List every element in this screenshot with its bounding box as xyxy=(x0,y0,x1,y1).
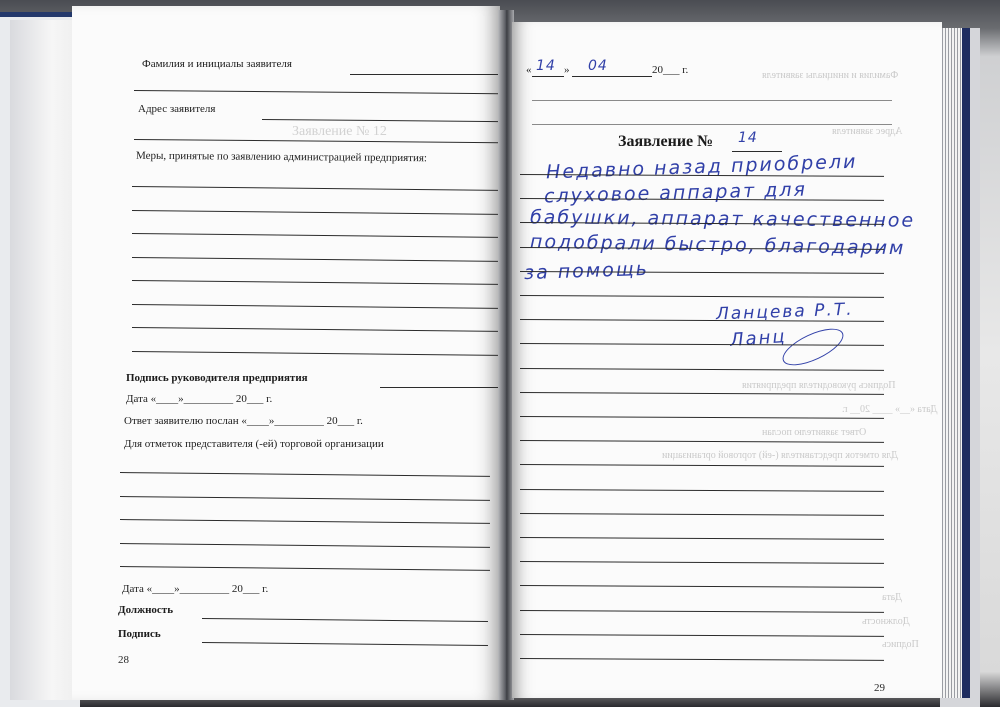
reply-sent-line[interactable]: Ответ заявителю послан «____»_________ 2… xyxy=(124,415,363,427)
measures-writing-line[interactable] xyxy=(132,257,498,262)
statement-number-line xyxy=(732,151,782,152)
cover-edge xyxy=(962,28,970,698)
date-month[interactable]: 04 xyxy=(588,58,608,74)
handwritten-line-1[interactable]: Недавно назад приобрели xyxy=(546,151,858,184)
trade-rep-notes-label: Для отметок представителя (-ей) торговой… xyxy=(124,438,384,450)
manager-signature-label: Подпись руководителя предприятия xyxy=(126,372,308,384)
statement-writing-line[interactable] xyxy=(520,440,884,443)
faint-rule xyxy=(532,124,892,125)
position-label: Должность xyxy=(118,604,173,616)
position-field[interactable] xyxy=(202,618,488,622)
statement-writing-line[interactable] xyxy=(520,368,884,371)
date-line-2[interactable]: Дата «____»_________ 20___ г. xyxy=(122,583,268,595)
statement-writing-line[interactable] xyxy=(520,610,884,613)
applicant-address-field[interactable] xyxy=(262,119,500,122)
date-open-quote: « xyxy=(526,64,532,76)
page-number-left: 28 xyxy=(118,654,129,666)
statement-title: Заявление № xyxy=(618,133,713,151)
ghost-line: Должность xyxy=(862,616,910,627)
statement-writing-line[interactable] xyxy=(520,392,884,395)
page-edges xyxy=(940,28,962,698)
measures-writing-line[interactable] xyxy=(132,186,498,191)
page-number-right: 29 xyxy=(874,682,885,694)
statement-writing-line[interactable] xyxy=(520,537,884,540)
ghost-line: Ответ заявителю послан xyxy=(762,427,866,438)
measures-writing-line[interactable] xyxy=(132,210,498,215)
statement-writing-line[interactable] xyxy=(520,513,884,516)
notes-writing-line[interactable] xyxy=(120,496,490,501)
measures-writing-line[interactable] xyxy=(132,280,498,285)
date-year: 20___ г. xyxy=(652,64,688,76)
signature-field[interactable] xyxy=(202,642,488,646)
statement-writing-line[interactable] xyxy=(520,634,884,637)
date-close-quote: » xyxy=(564,64,570,76)
signature[interactable]: Ланц xyxy=(729,326,787,351)
ghost-line: Для отметок представителя (-ей) торговой… xyxy=(662,450,898,461)
measures-writing-line[interactable] xyxy=(132,233,498,238)
applicant-name-label: Фамилия и инициалы заявителя xyxy=(142,58,292,70)
statement-writing-line[interactable] xyxy=(520,489,884,492)
statement-writing-line[interactable] xyxy=(520,658,884,661)
manager-signature-field[interactable] xyxy=(380,387,498,388)
applicant-address-line-2[interactable] xyxy=(134,139,500,143)
ghost-line: Дата «__» ____ 20__ г. xyxy=(842,404,937,415)
measures-writing-line[interactable] xyxy=(132,351,498,356)
measures-writing-line[interactable] xyxy=(132,304,498,309)
handwritten-line-3[interactable]: бабушки, аппарат качественное xyxy=(530,206,915,231)
book-cover-right xyxy=(940,28,980,707)
signature-flourish xyxy=(778,321,849,372)
handwritten-line-2[interactable]: слуховое аппарат для xyxy=(544,179,807,208)
bleed-through-title: Заявление № 12 xyxy=(292,124,387,140)
measures-label: Меры, принятые по заявлению администраци… xyxy=(136,150,427,165)
ghost-line: Фамилия и инициалы заявителя xyxy=(762,70,898,81)
statement-writing-line[interactable] xyxy=(520,416,884,419)
statement-writing-line[interactable] xyxy=(520,464,884,467)
faint-rule xyxy=(532,100,892,101)
ghost-line: Дата xyxy=(882,592,902,603)
statement-writing-line[interactable] xyxy=(520,295,884,298)
statement-writing-line[interactable] xyxy=(520,585,884,588)
right-page: Фамилия и инициалы заявителя Адрес заяви… xyxy=(512,22,942,698)
date-day[interactable]: 14 xyxy=(536,58,556,74)
ghost-line: Подпись xyxy=(882,639,919,650)
statement-writing-line[interactable] xyxy=(520,561,884,564)
notes-writing-line[interactable] xyxy=(120,519,490,524)
statement-number[interactable]: 14 xyxy=(738,130,758,146)
ghost-line: Адрес заявителя xyxy=(832,126,902,137)
date-day-line xyxy=(532,76,564,77)
date-line[interactable]: Дата «____»_________ 20___ г. xyxy=(126,393,272,405)
applicant-address-label: Адрес заявителя xyxy=(138,103,215,115)
applicant-name-line-2[interactable] xyxy=(134,90,500,94)
notes-writing-line[interactable] xyxy=(120,566,490,571)
signature-label: Подпись xyxy=(118,628,161,640)
left-page: Заявление № 12 Фамилия и инициалы заявит… xyxy=(72,6,500,700)
date-month-line xyxy=(572,76,652,77)
notes-writing-line[interactable] xyxy=(120,543,490,548)
ghost-line: Подпись руководителя предприятия xyxy=(742,380,896,391)
notes-writing-line[interactable] xyxy=(120,472,490,477)
measures-writing-line[interactable] xyxy=(132,327,498,332)
applicant-name-field[interactable] xyxy=(350,74,498,75)
page-stack-left xyxy=(10,20,81,700)
handwritten-line-4[interactable]: подобрали быстро, благодарим xyxy=(530,231,906,260)
